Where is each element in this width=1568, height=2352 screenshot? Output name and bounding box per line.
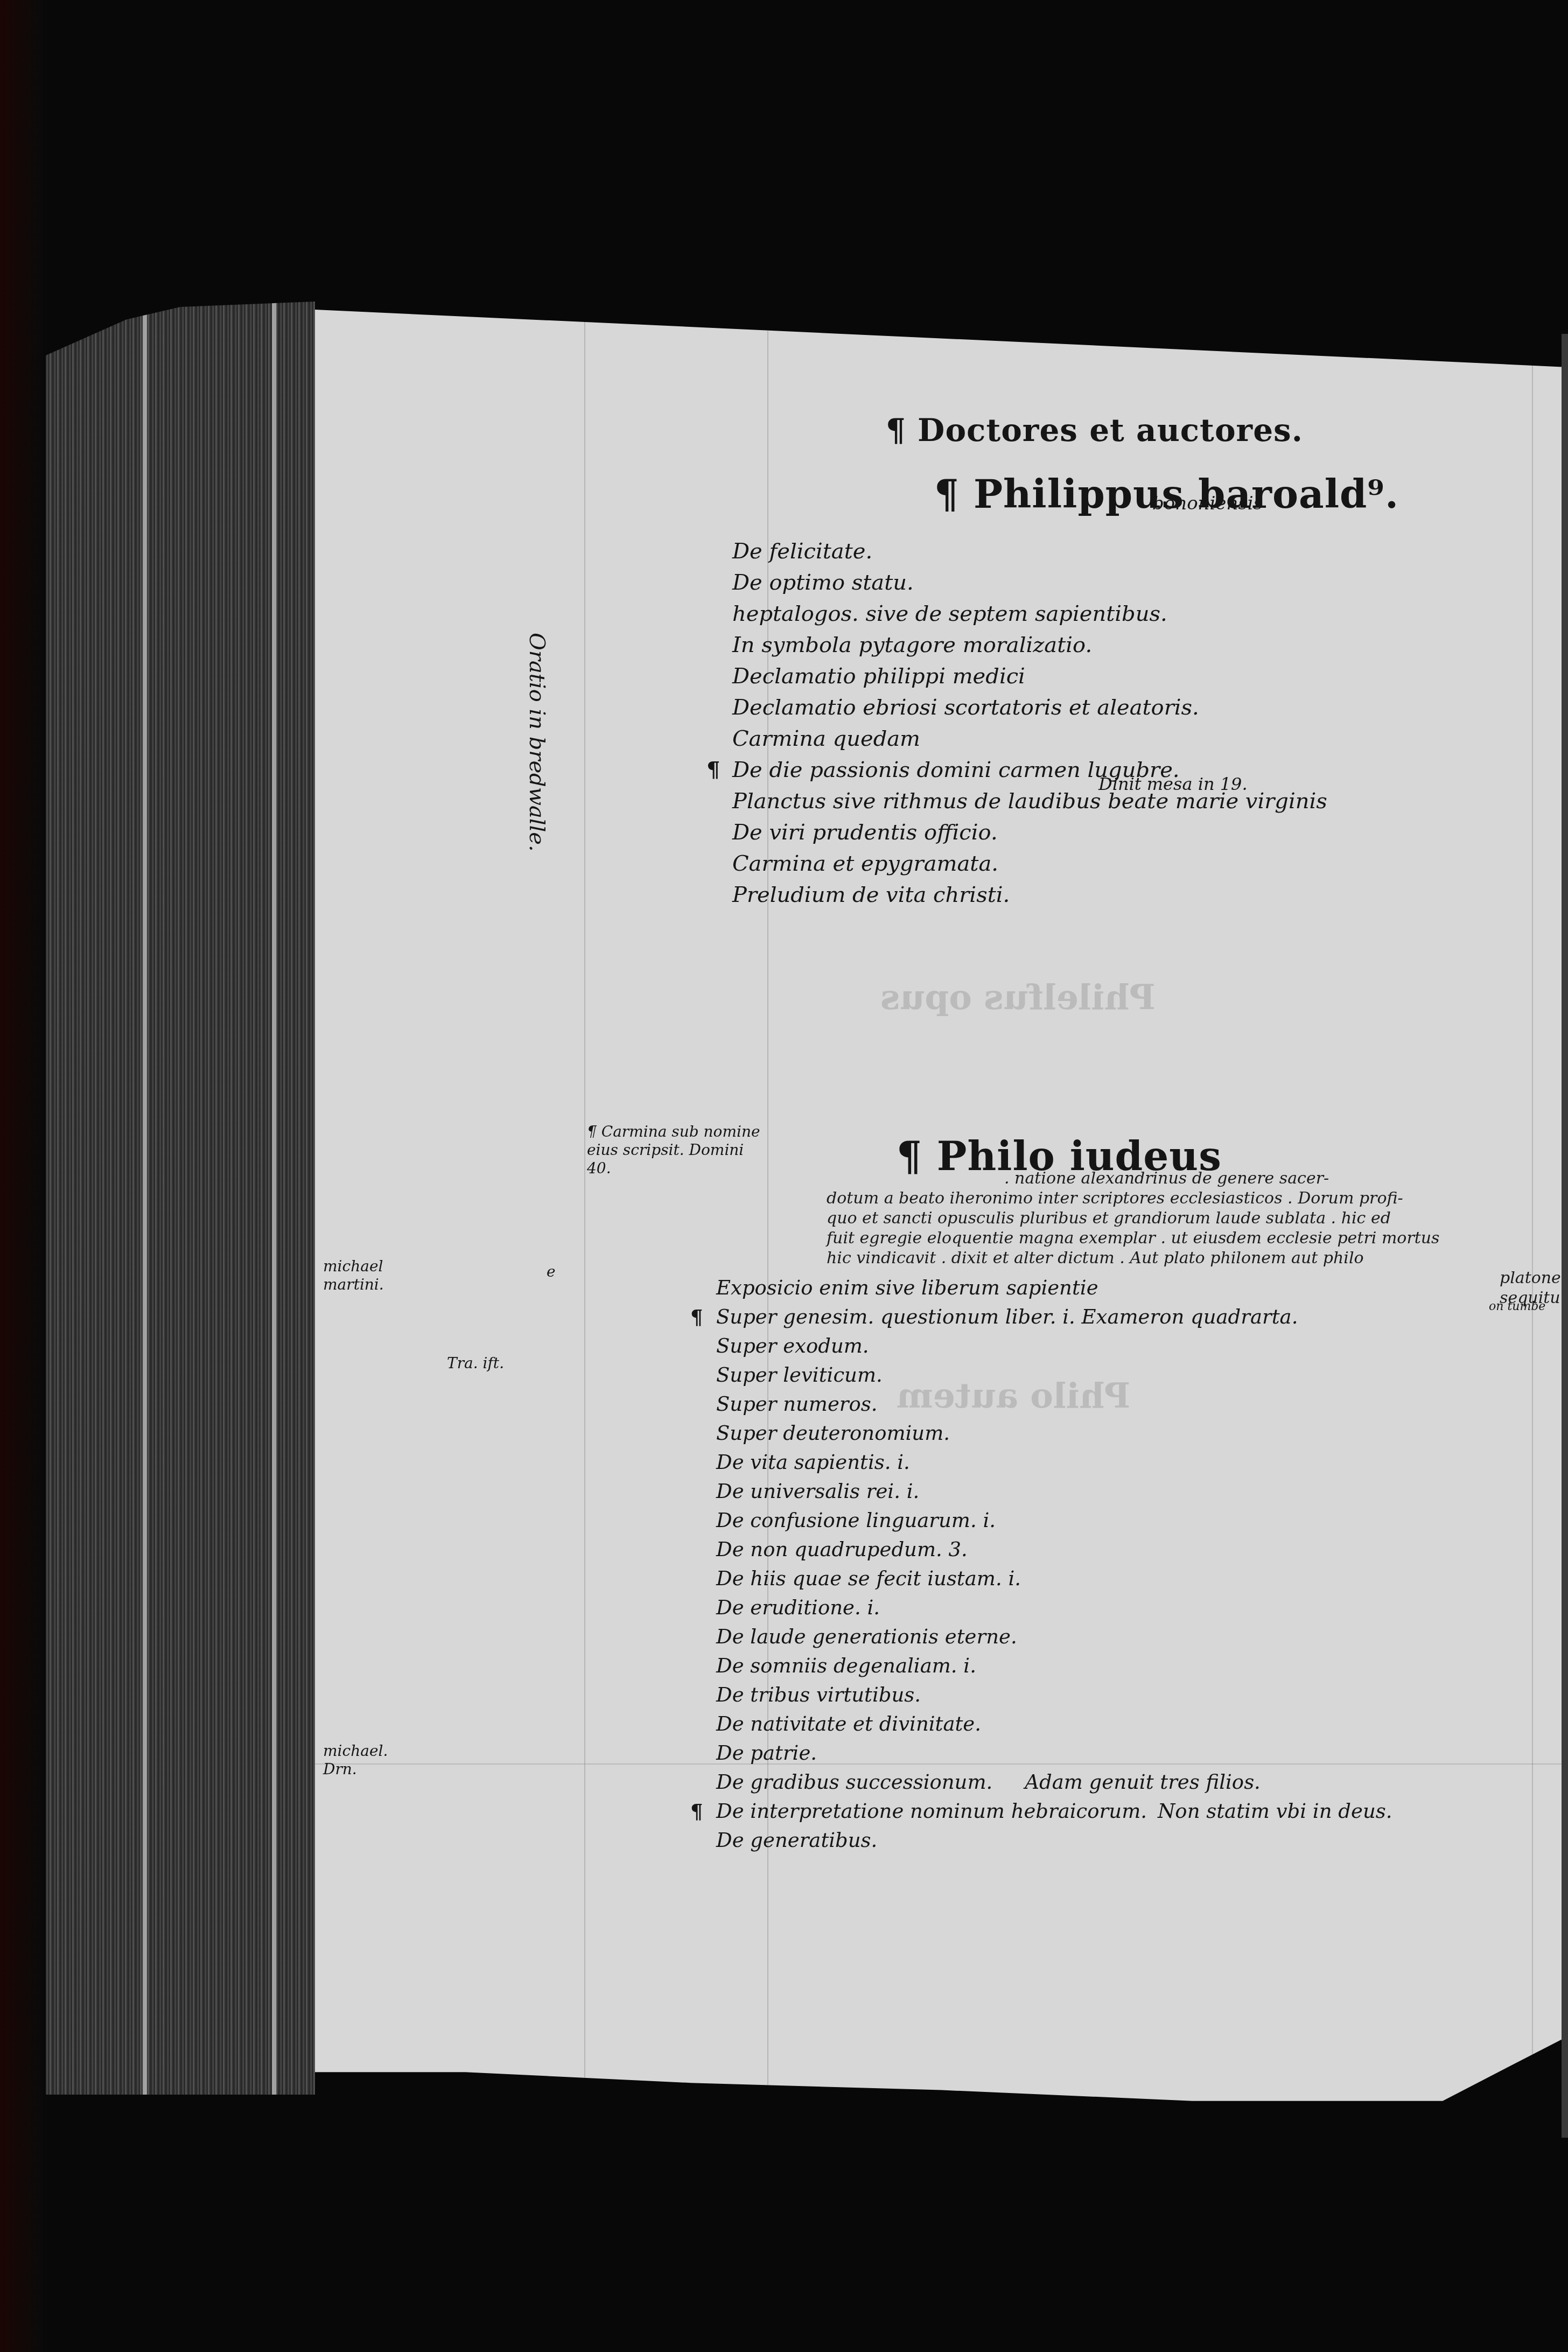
book-fore-edge <box>46 302 315 2095</box>
page-edge <box>1562 334 1568 2138</box>
description-line: hic vindicavit . dixit et alter dictum .… <box>827 1248 1568 1268</box>
manuscript-page: Philelfus opus Philo autem ¶ Doctores et… <box>315 310 1568 2108</box>
description-line: . natione alexandrinus de genere sacer- <box>1004 1168 1568 1188</box>
works-list: De felicitate. De optimo statu. heptalog… <box>732 536 1327 911</box>
work-item: De somniis degenaliam. i. <box>716 1651 1392 1681</box>
bleed-through-text: Philelfus opus <box>880 977 1156 1018</box>
description-line: fuit egregie eloquentie magna exemplar .… <box>827 1228 1568 1248</box>
margin-note: e <box>547 1263 556 1281</box>
work-item: De generatibus. <box>716 1826 1392 1855</box>
work-item: In symbola pytagore moralizatio. <box>732 629 1327 661</box>
work-item: De eruditione. i. <box>716 1593 1392 1622</box>
work-item: De hiis quae se fecit iustam. i. <box>716 1564 1392 1593</box>
work-item: Preludium de vita christi. <box>732 879 1327 911</box>
margin-note: michael. Drn. <box>323 1742 404 1779</box>
work-item: De confusione linguarum. i. <box>716 1506 1392 1535</box>
margin-note: Tra. ift. <box>447 1354 504 1373</box>
work-item: De non quadrupedum. 3. <box>716 1535 1392 1564</box>
margin-note-vertical: Oratio in bredwalle. <box>524 633 549 852</box>
work-item: heptalogos. sive de septem sapientibus. <box>732 598 1327 629</box>
work-annotation: Dinit mesa in 19. <box>1098 774 1248 794</box>
work-item: De optimo statu. <box>732 567 1327 598</box>
margin-note: on tumbe <box>1489 1298 1545 1316</box>
work-item: Super exodum. <box>716 1332 1392 1361</box>
inline-annotation: Adam genuit tres filios. <box>1025 1770 1261 1794</box>
work-item: Carmina quedam <box>732 723 1327 754</box>
works-list: Exposicio enim sive liberum sapientie ¶S… <box>716 1273 1392 1855</box>
description-line: dotum a beato iheronimo inter scriptores… <box>827 1188 1568 1208</box>
section-heading: ¶ Doctores et auctores. <box>886 412 1303 449</box>
work-item: Super leviticum. <box>716 1361 1392 1390</box>
pilcrow-icon: ¶ <box>706 754 720 786</box>
work-item: Carmina et epygramata. <box>732 848 1327 879</box>
work-item: De patrie. <box>716 1739 1392 1768</box>
work-item: De nativitate et divinitate. <box>716 1710 1392 1739</box>
work-item: De felicitate. <box>732 536 1327 567</box>
description-line: quo et sancti opusculis pluribus et gran… <box>827 1208 1568 1228</box>
work-item: De universalis rei. i. <box>716 1477 1392 1506</box>
dark-border <box>0 0 43 2352</box>
work-text: De gradibus successionum. <box>716 1770 992 1794</box>
pilcrow-icon: ¶ <box>690 1797 703 1826</box>
work-item: De vita sapientis. i. <box>716 1448 1392 1477</box>
work-item: De laude generationis eterne. <box>716 1622 1392 1651</box>
work-item: Super numeros. <box>716 1390 1392 1419</box>
work-item: De viri prudentis officio. <box>732 817 1327 848</box>
author-note: bononiensis <box>1152 493 1263 514</box>
work-item: De tribus virtutibus. <box>716 1681 1392 1710</box>
work-item: ¶De interpretatione nominum hebraicorum.… <box>716 1797 1392 1826</box>
edge-band <box>272 302 276 2095</box>
inline-annotation: Non statim vbi in deus. <box>1158 1800 1392 1823</box>
work-item: Declamatio philippi medici <box>732 661 1327 692</box>
work-item: Super deuteronomium. <box>716 1419 1392 1448</box>
work-item: Exposicio enim sive liberum sapientie <box>716 1273 1392 1303</box>
work-text: Super genesim. questionum liber. i. Exam… <box>716 1305 1298 1328</box>
ruling-line <box>584 310 585 2108</box>
edge-band <box>143 302 147 2095</box>
margin-note: michael martini. <box>323 1257 431 1294</box>
pilcrow-icon: ¶ <box>690 1303 703 1332</box>
margin-note: ¶ Carmina sub nomine eius scripsit. Domi… <box>587 1123 765 1178</box>
work-item: ¶Super genesim. questionum liber. i. Exa… <box>716 1303 1392 1332</box>
work-item: Declamatio ebriosi scortatoris et aleato… <box>732 692 1327 723</box>
work-text: De interpretatione nominum hebraicorum. <box>716 1800 1147 1823</box>
work-item: De gradibus successionum.Adam genuit tre… <box>716 1768 1392 1797</box>
